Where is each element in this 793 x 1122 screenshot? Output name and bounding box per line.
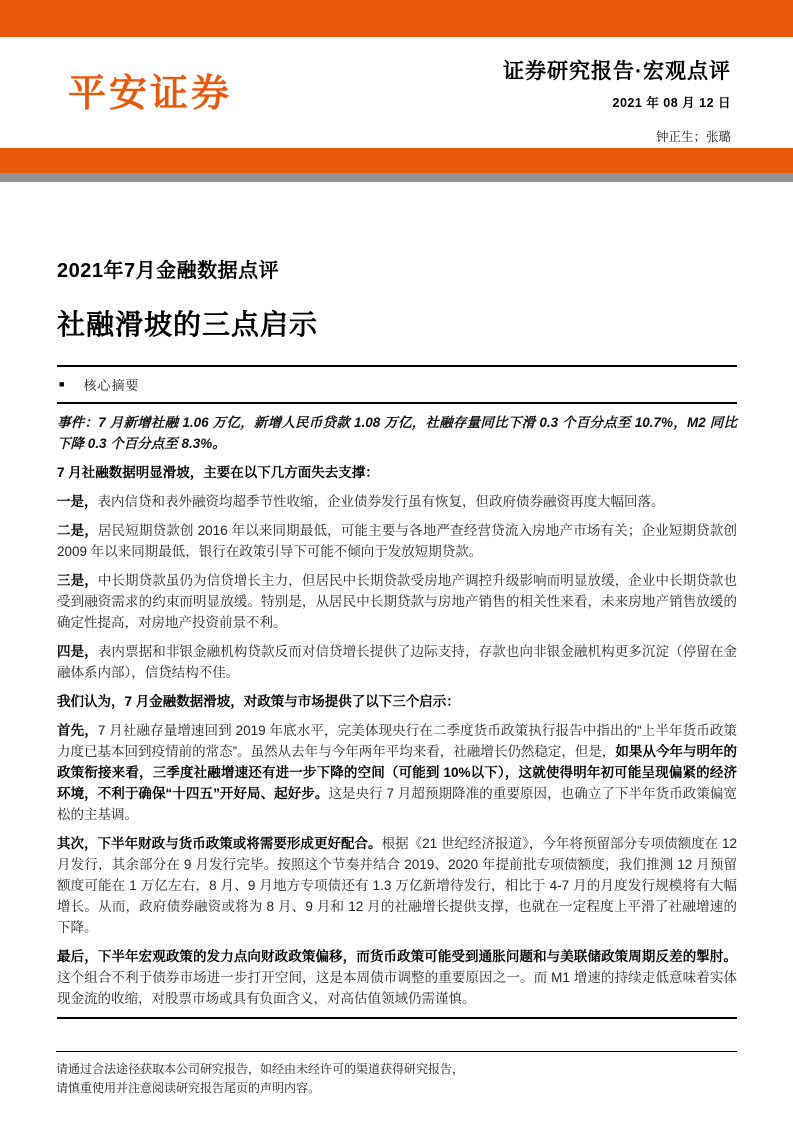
paragraph: 三是，中长期贷款虽仍为信贷增长主力，但居民中长期贷款受房地产调控升级影响而明显放… (57, 570, 737, 633)
disclaimer-line-1: 请通过合法途径获取本公司研究报告，如经由未经许可的渠道获得研究报告， (56, 1060, 737, 1079)
text-run: 居民短期贷款创 2016 年以来同期最低，可能主要与各地严查经营贷流入房地产市场… (57, 523, 737, 559)
paragraph: 其次，下半年财政与货币政策或将需要形成更好配合。根据《21 世纪经济报道》，今年… (57, 833, 737, 938)
pingan-securities-logo: 平安证券 (68, 75, 232, 113)
report-subtitle: 2021年7月金融数据点评 (57, 254, 737, 283)
orange-divider-band (0, 148, 793, 173)
paragraph: 一是，表内信贷和表外融资均超季节性收缩，企业债券发行虽有恢复，但政府债券融资再度… (57, 491, 737, 512)
text-run: 二是， (57, 523, 98, 538)
square-bullet-icon: ■ (59, 380, 64, 389)
report-type-label: 证券研究报告·宏观点评 (503, 55, 731, 85)
footer-disclaimer: 请通过合法途径获取本公司研究报告，如经由未经许可的渠道获得研究报告， 请慎重使用… (56, 1051, 737, 1098)
text-run: 这个组合不利于债券市场进一步打开空间，这是本周债市调整的重要原因之一。而 M1 … (57, 970, 737, 1006)
paragraph: 我们认为，7 月金融数据滑坡，对政策与市场提供了以下三个启示： (57, 691, 737, 712)
body-paragraphs: 事件：7 月新增社融 1.06 万亿，新增人民币贷款 1.08 万亿，社融存量同… (57, 412, 737, 1009)
header-meta: 证券研究报告·宏观点评 2021 年 08 月 12 日 钟正生；张璐 (503, 55, 731, 145)
text-run: 首先， (57, 723, 98, 738)
core-summary-label: 核心摘要 (83, 375, 139, 394)
text-run: 表内票据和非银金融机构贷款反而对信贷增长提供了边际支持，存款也向非银金融机构更多… (57, 644, 737, 680)
core-summary-header: ■ 核心摘要 (57, 365, 737, 404)
paragraph: 事件：7 月新增社融 1.06 万亿，新增人民币贷款 1.08 万亿，社融存量同… (57, 412, 737, 454)
gray-divider-band (0, 173, 793, 182)
report-authors: 钟正生；张璐 (503, 127, 731, 145)
paragraph: 7 月社融数据明显滑坡，主要在以下几方面失去支撑： (57, 462, 737, 483)
report-content: 2021年7月金融数据点评 社融滑坡的三点启示 ■ 核心摘要 事件：7 月新增社… (57, 182, 737, 1019)
text-run: 7 月社融数据明显滑坡，主要在以下几方面失去支撑： (57, 465, 379, 480)
text-run: 三是， (57, 573, 98, 588)
paragraph: 二是，居民短期贷款创 2016 年以来同期最低，可能主要与各地严查经营贷流入房地… (57, 520, 737, 562)
paragraph: 最后，下半年宏观政策的发力点向财政政策偏移，而货币政策可能受到通胀问题和与美联储… (57, 946, 737, 1009)
report-page: { "brand": { "logo_text": "平安证券", "color… (0, 0, 793, 1122)
page-title: 社融滑坡的三点启示 (57, 303, 737, 343)
paragraph: 四是，表内票据和非银金融机构贷款反而对信贷增长提供了边际支持，存款也向非银金融机… (57, 641, 737, 683)
text-run: 最后，下半年宏观政策的发力点向财政政策偏移，而货币政策可能受到通胀问题和与美联储… (57, 949, 737, 964)
text-run: 事件：7 月新增社融 1.06 万亿，新增人民币贷款 1.08 万亿，社融存量同… (57, 415, 737, 451)
text-run: 一是， (57, 494, 98, 509)
text-run: 表内信贷和表外融资均超季节性收缩，企业债券发行虽有恢复，但政府债券融资再度大幅回… (98, 494, 665, 509)
text-run: 中长期贷款虽仍为信贷增长主力，但居民中长期贷款受房地产调控升级影响而明显放缓，企… (57, 573, 737, 630)
text-run: 我们认为，7 月金融数据滑坡，对政策与市场提供了以下三个启示： (57, 694, 460, 709)
top-orange-bar (0, 0, 793, 37)
paragraph: 首先，7 月社融存量增速回到 2019 年底水平，完美体现央行在二季度货币政策执… (57, 720, 737, 825)
disclaimer-line-2: 请慎重使用并注意阅读研究报告尾页的声明内容。 (56, 1079, 737, 1098)
text-run: 其次，下半年财政与货币政策或将需要形成更好配合。 (57, 836, 382, 851)
content-end-rule (57, 1017, 737, 1019)
report-date: 2021 年 08 月 12 日 (503, 93, 731, 111)
text-run: 四是， (57, 644, 98, 659)
report-header: 平安证券 证券研究报告·宏观点评 2021 年 08 月 12 日 钟正生；张璐 (0, 37, 793, 148)
